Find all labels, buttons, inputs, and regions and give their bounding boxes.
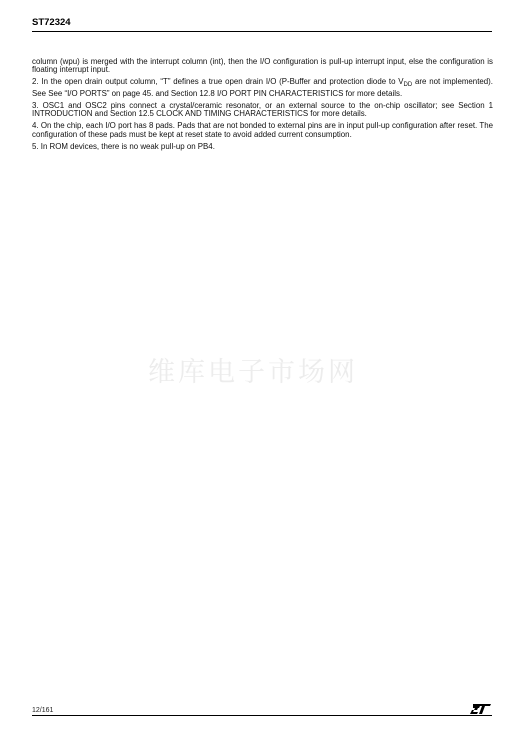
note-3: 3. OSC1 and OSC2 pins connect a crystal/… xyxy=(32,102,493,119)
note-continuation: column (wpu) is merged with the interrup… xyxy=(32,58,493,75)
pin-notes: column (wpu) is merged with the interrup… xyxy=(32,58,493,155)
st-logo-icon xyxy=(470,704,492,714)
watermark-text: 维库电子市场网 xyxy=(148,350,358,389)
page-number: 12/161 xyxy=(32,707,53,714)
note-2-subscript: DD xyxy=(404,82,413,88)
note-4: 4. On the chip, each I/O port has 8 pads… xyxy=(32,122,493,139)
document-title: ST72324 xyxy=(32,17,71,28)
note-5: 5. In ROM devices, there is no weak pull… xyxy=(32,143,493,151)
footer-divider xyxy=(32,715,492,716)
note-2: 2. In the open drain output column, “T” … xyxy=(32,78,493,98)
header-divider xyxy=(32,31,492,32)
note-2-text-a: 2. In the open drain output column, “T” … xyxy=(32,77,404,86)
